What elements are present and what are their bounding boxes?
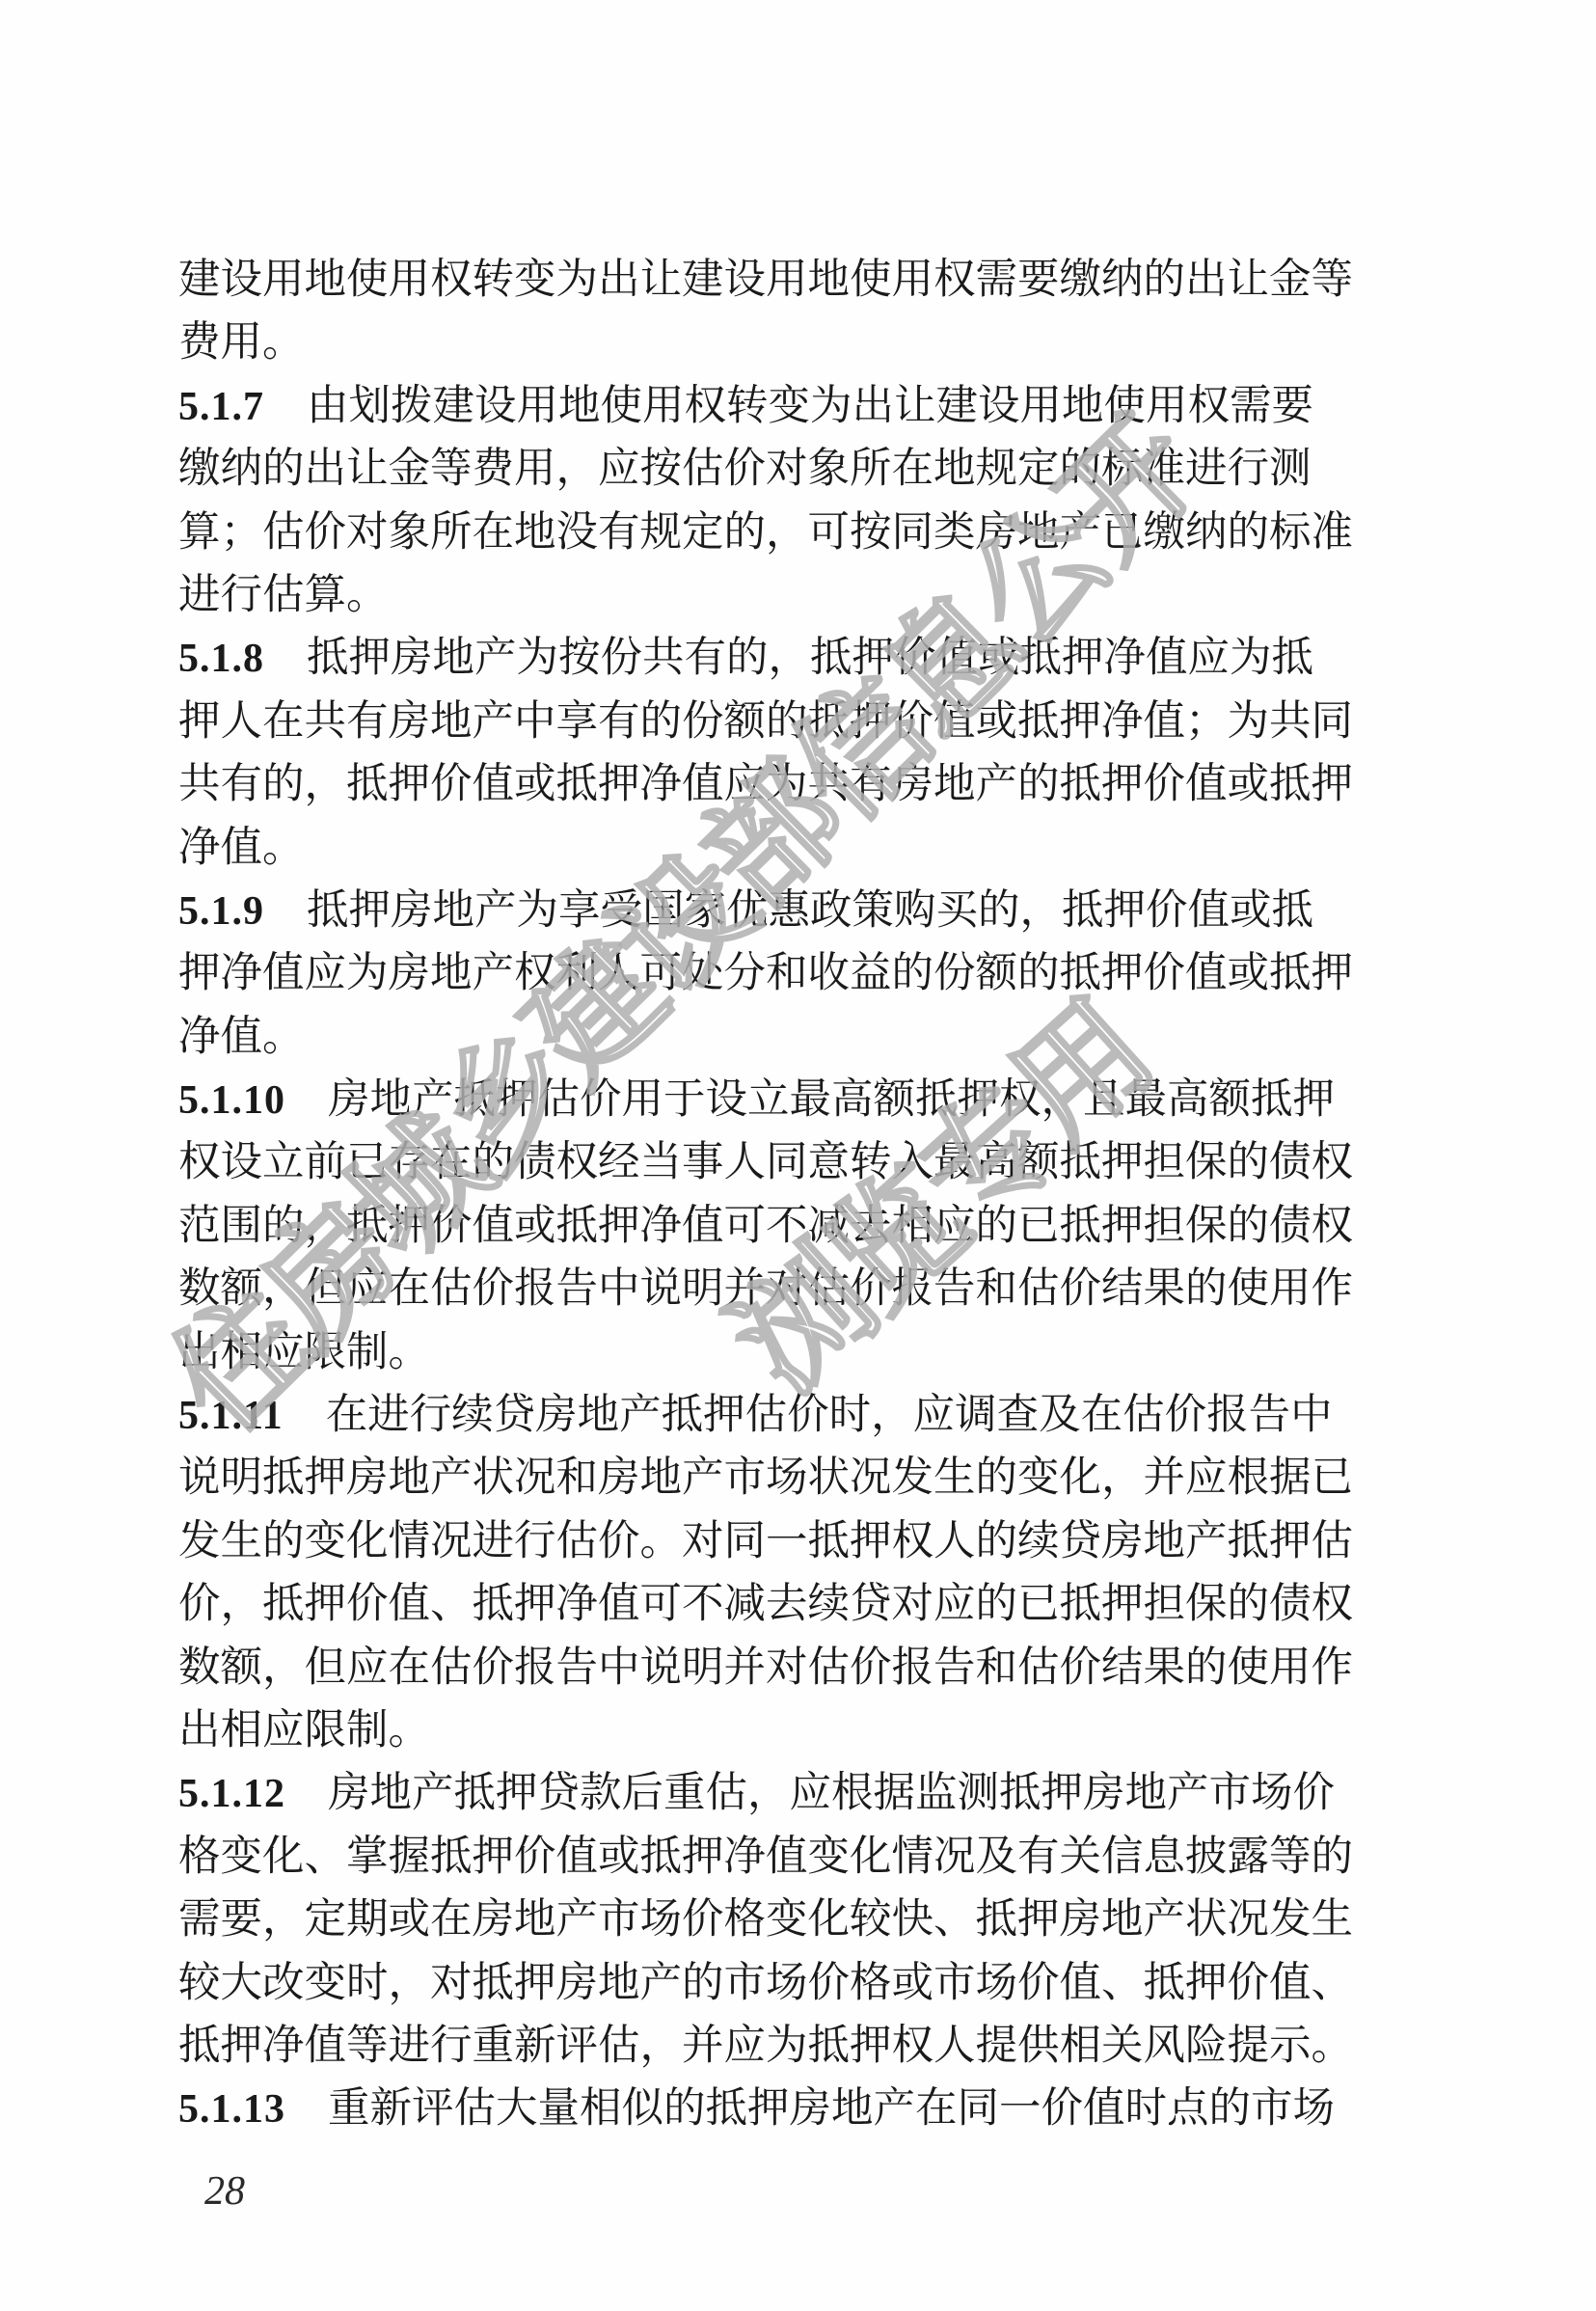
text-line: 进行估算。 — [178, 564, 1357, 627]
text-line: 权设立前已存在的债权经当事人同意转入最高额抵押担保的债权 — [178, 1131, 1357, 1194]
clause-number: 5.1.9 — [178, 881, 264, 943]
text-line: 押人在共有房地产中享有的份额的抵押价值或抵押净值；为共同 — [178, 691, 1357, 753]
clause-number: 5.1.8 — [178, 628, 264, 691]
clause-number: 5.1.10 — [178, 1070, 285, 1132]
text-line: 费用。 — [178, 312, 1357, 374]
clause-5-1-11: 5.1.11在进行续贷房地产抵押估价时，应调查及在估价报告中 — [178, 1384, 1357, 1447]
text-line: 净值。 — [178, 817, 1357, 880]
clause-number: 5.1.13 — [178, 2079, 285, 2141]
text-line: 范围的，抵押价值或抵押净值可不减去相应的已抵押担保的债权 — [178, 1195, 1357, 1258]
text-line: 出相应限制。 — [178, 1321, 1357, 1384]
page-number: 28 — [204, 2168, 245, 2215]
clause-5-1-8: 5.1.8抵押房地产为按份共有的，抵押价值或抵押净值应为抵 — [178, 627, 1357, 690]
text-line: 数额，但应在估价报告中说明并对估价报告和估价结果的使用作 — [178, 1637, 1357, 1699]
clause-5-1-9: 5.1.9抵押房地产为享受国家优惠政策购买的，抵押价值或抵 — [178, 880, 1357, 942]
text-line: 抵押净值等进行重新评估，并应为抵押权人提供相关风险提示。 — [178, 2015, 1357, 2078]
text-line: 较大改变时，对抵押房地产的市场价格或市场价值、抵押价值、 — [178, 1952, 1357, 2015]
text-line: 数额，但应在估价报告中说明并对估价报告和估价结果的使用作 — [178, 1258, 1357, 1320]
body-text: 建设用地使用权转变为出让建设用地使用权需要缴纳的出让金等 费用。 5.1.7由划… — [178, 249, 1357, 2141]
clause-number: 5.1.11 — [178, 1385, 284, 1448]
text-line: 说明抵押房地产状况和房地产市场状况发生的变化，并应根据已 — [178, 1447, 1357, 1509]
clause-5-1-13: 5.1.13重新评估大量相似的抵押房地产在同一价值时点的市场 — [178, 2078, 1357, 2140]
text-line: 共有的，抵押价值或抵押净值应为共有房地产的抵押价值或抵押 — [178, 753, 1357, 816]
document-page: 建设用地使用权转变为出让建设用地使用权需要缴纳的出让金等 费用。 5.1.7由划… — [0, 0, 1596, 2311]
text-line: 格变化、掌握抵押价值或抵押净值变化情况及有关信息披露等的 — [178, 1826, 1357, 1889]
text-line: 价，抵押价值、抵押净值可不减去续贷对应的已抵押担保的债权 — [178, 1573, 1357, 1636]
text-line: 需要，定期或在房地产市场价格变化较快、抵押房地产状况发生 — [178, 1889, 1357, 1951]
text-line: 缴纳的出让金等费用，应按估价对象所在地规定的标准进行测 — [178, 438, 1357, 501]
text-line: 净值。 — [178, 1006, 1357, 1069]
text-line: 出相应限制。 — [178, 1699, 1357, 1762]
text-line: 押净值应为房地产权利人可处分和收益的份额的抵押价值或抵押 — [178, 942, 1357, 1005]
clause-5-1-12: 5.1.12房地产抵押贷款后重估，应根据监测抵押房地产市场价 — [178, 1762, 1357, 1825]
clause-number: 5.1.12 — [178, 1763, 285, 1826]
text-line: 算；估价对象所在地没有规定的，可按同类房地产已缴纳的标准 — [178, 502, 1357, 564]
text-line: 建设用地使用权转变为出让建设用地使用权需要缴纳的出让金等 — [178, 249, 1357, 312]
clause-number: 5.1.7 — [178, 376, 264, 439]
clause-5-1-7: 5.1.7由划拨建设用地使用权转变为出让建设用地使用权需要 — [178, 375, 1357, 438]
clause-5-1-10: 5.1.10房地产抵押估价用于设立最高额抵押权，且最高额抵押 — [178, 1069, 1357, 1131]
text-line: 发生的变化情况进行估价。对同一抵押权人的续贷房地产抵押估 — [178, 1510, 1357, 1573]
